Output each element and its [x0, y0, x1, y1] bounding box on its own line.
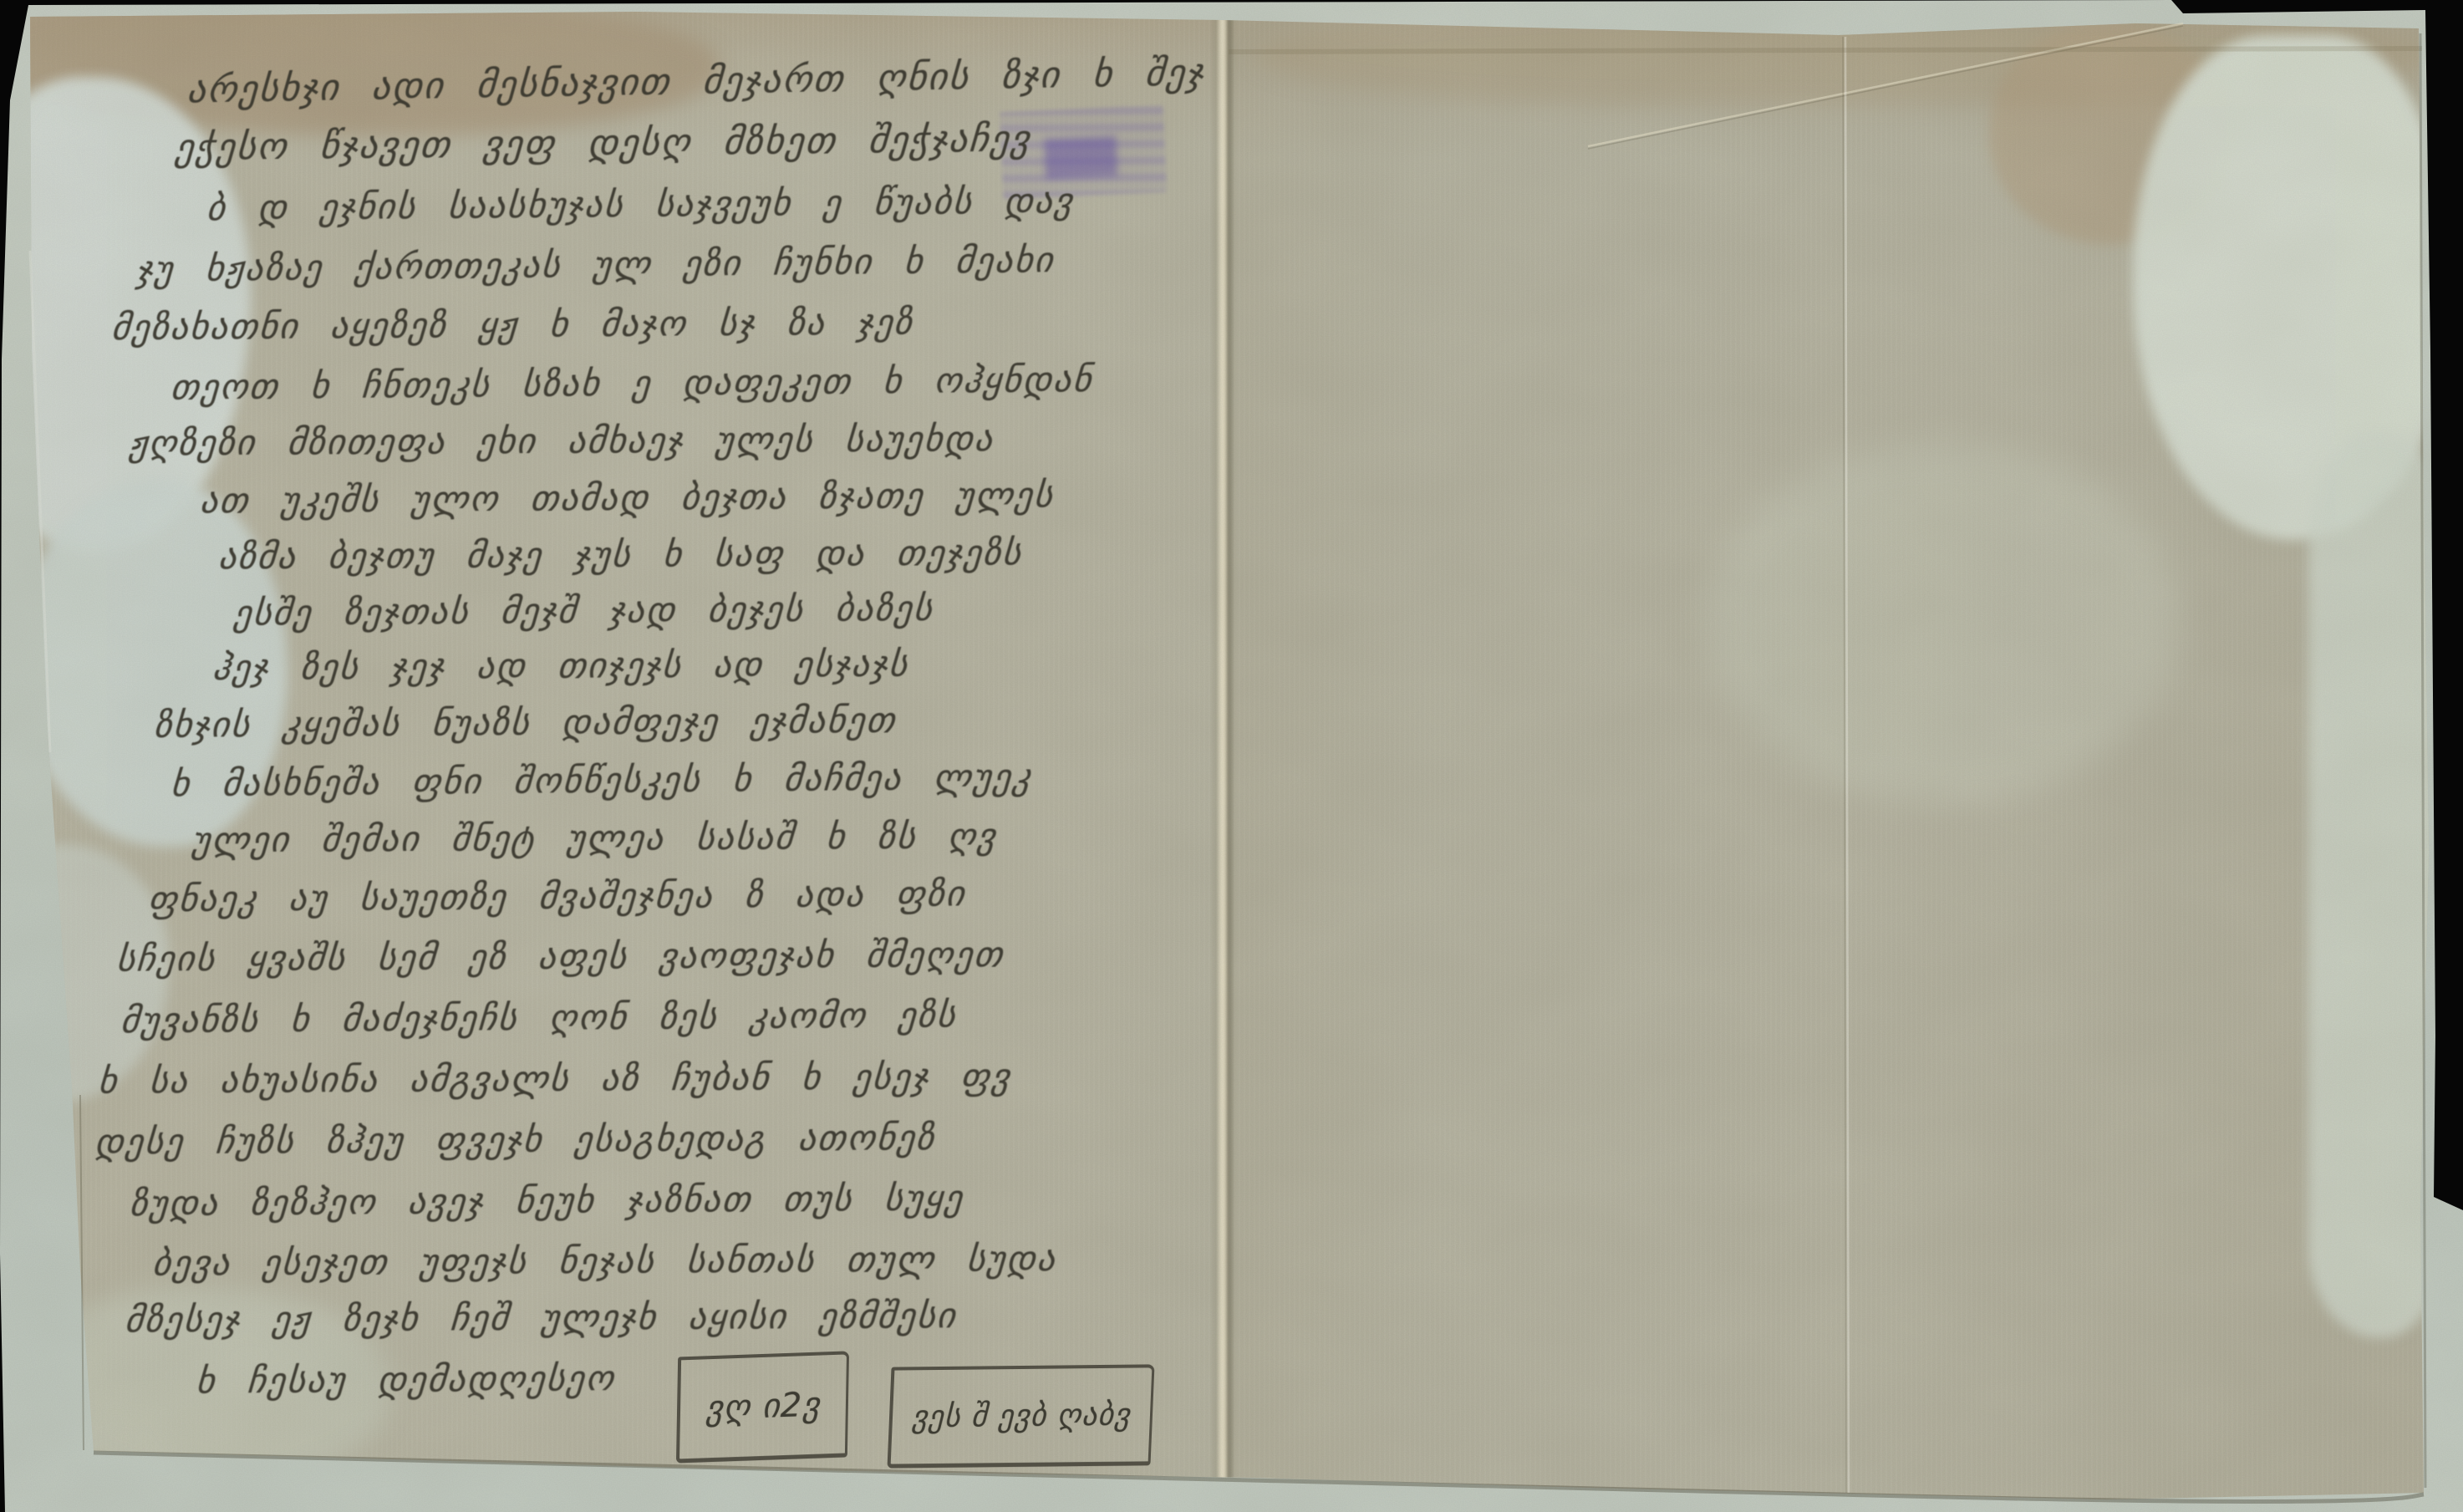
- patch-pale-left-top: [0, 77, 251, 552]
- wash-pale-right-center: [1705, 443, 2181, 802]
- center-fold-crease: [1210, 12, 1235, 1479]
- scanned-document: არესხჯი ადი მესნაჯვით მეჯართ ღნის ზჯი ხ …: [0, 0, 2463, 1512]
- letter-sheet: [0, 0, 2463, 1512]
- patch-pale-left-mid: [22, 481, 288, 847]
